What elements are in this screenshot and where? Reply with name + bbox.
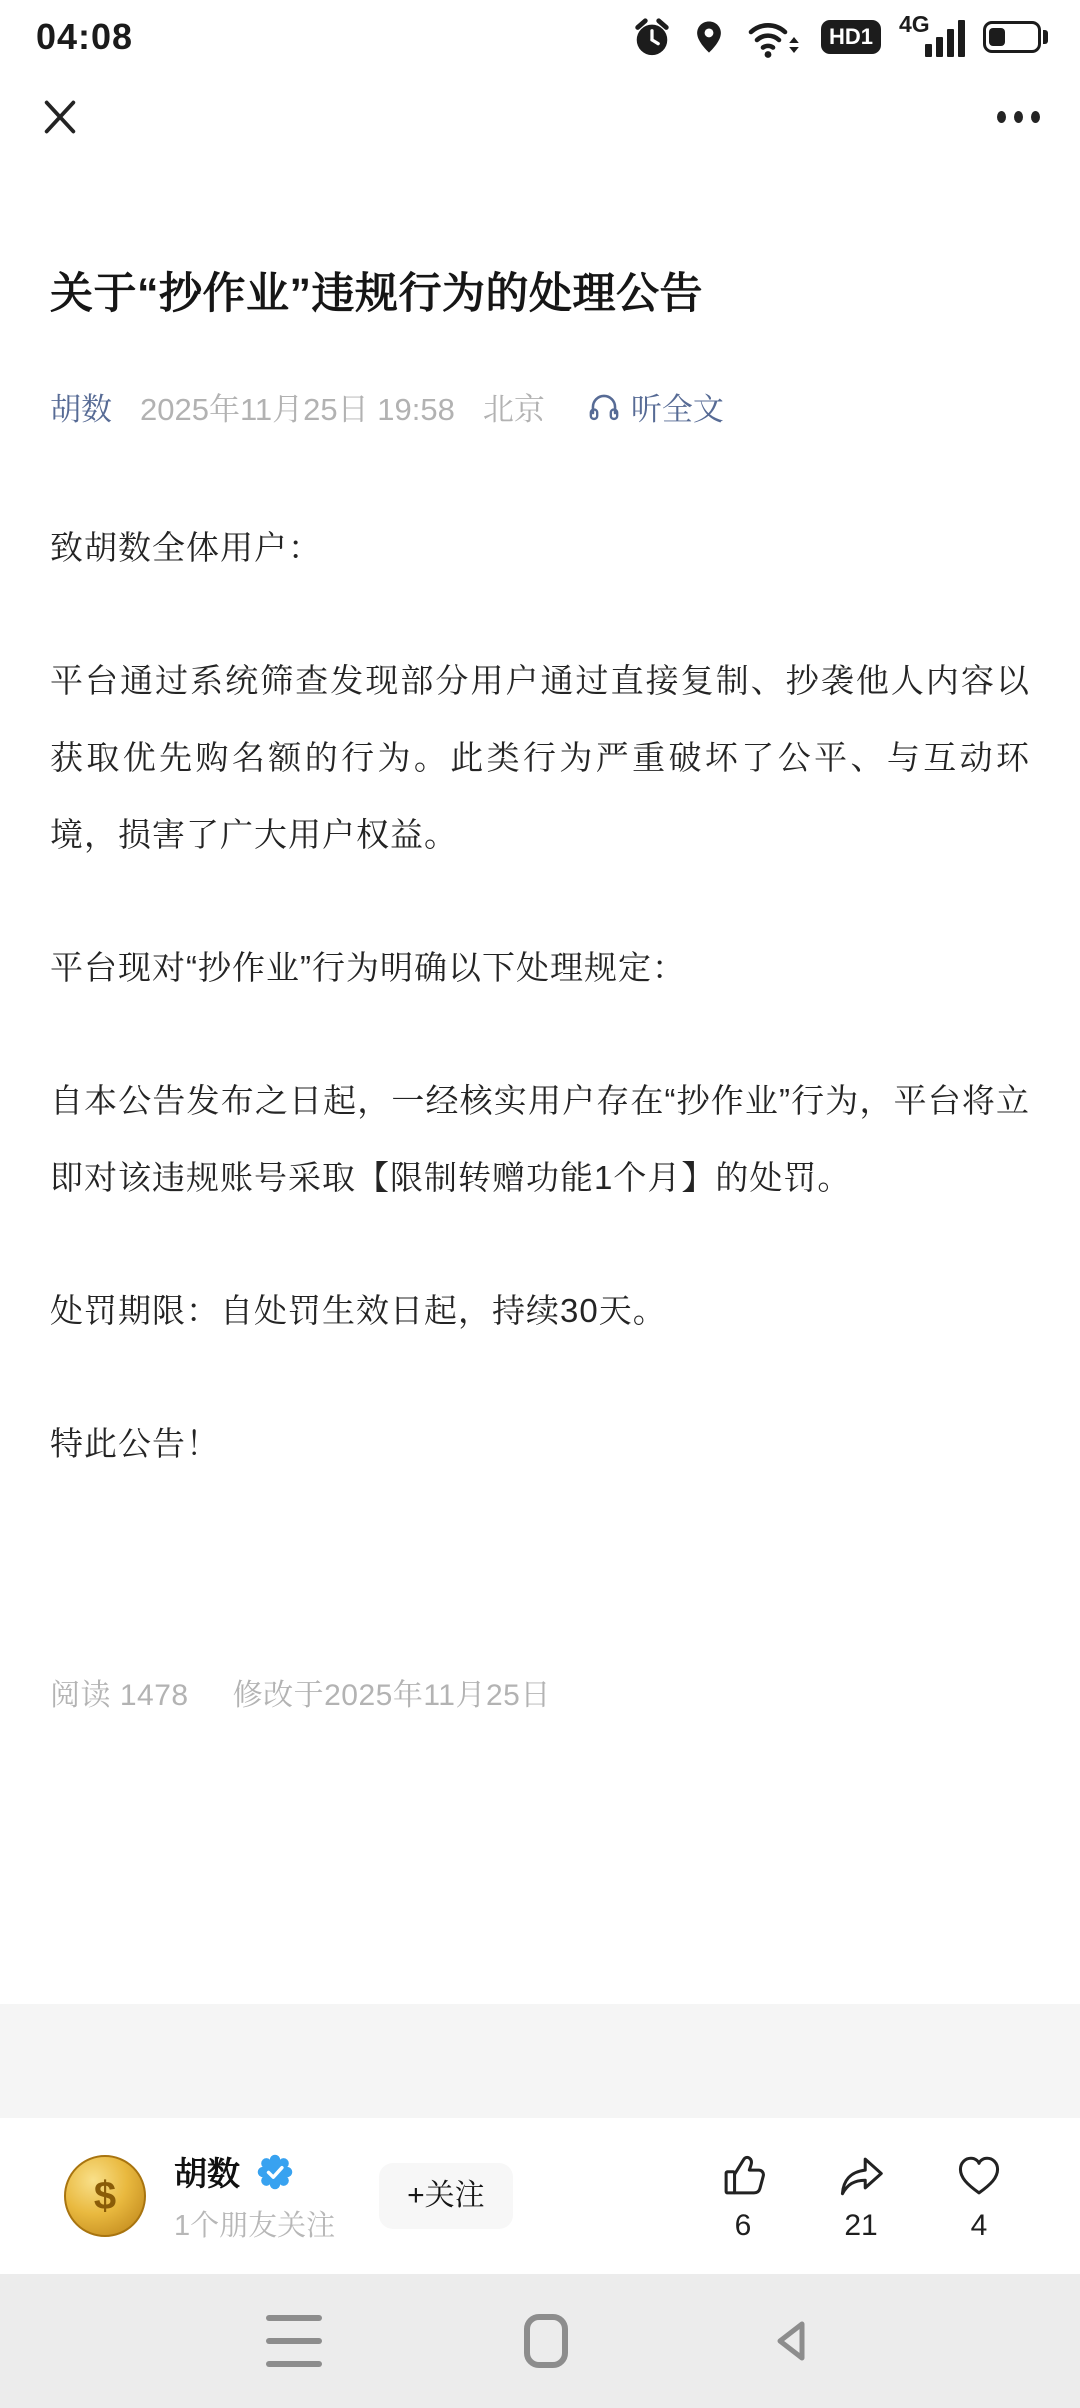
heart-button[interactable]: 4 <box>948 2149 1010 2243</box>
status-icons: HD1 4G <box>631 15 1048 59</box>
article: 关于“抄作业”违规行为的处理公告 胡数 2025年11月25日 19:58 北京… <box>0 266 1080 1714</box>
paragraph: 平台通过系统筛查发现部分用户通过直接复制、抄袭他人内容以获取优先购名额的行为。此… <box>50 642 1030 873</box>
account-info: 胡数 1个 <box>174 2148 335 2244</box>
like-count: 6 <box>735 2209 752 2243</box>
publish-location: 北京 <box>483 384 545 429</box>
paragraph: 自本公告发布之日起，一经核实用户存在“抄作业”行为，平台将立即对该违规账号采取【… <box>50 1062 1030 1216</box>
author-avatar[interactable]: $ <box>64 2155 146 2237</box>
content-end-band <box>0 2004 1080 2118</box>
follow-button[interactable]: +关注 <box>379 2163 513 2229</box>
clock-time: 04:08 <box>36 16 133 58</box>
article-meta: 胡数 2025年11月25日 19:58 北京 听全文 <box>50 384 1030 429</box>
avatar-coin-glyph: $ <box>94 2174 116 2219</box>
account-name[interactable]: 胡数 <box>174 2148 240 2195</box>
location-icon <box>691 15 727 59</box>
heart-count: 4 <box>971 2209 988 2243</box>
heart-icon <box>952 2149 1006 2203</box>
alarm-icon <box>631 15 673 59</box>
signal-bars-glyph <box>925 20 965 57</box>
engagement-stats: 6 21 4 <box>712 2149 1010 2243</box>
menu-icon[interactable] <box>266 2315 322 2367</box>
battery-icon <box>983 21 1048 53</box>
listen-full-text-button[interactable]: 听全文 <box>587 384 724 429</box>
android-nav-bar <box>0 2274 1080 2408</box>
article-page: 04:08 <box>0 0 1080 2408</box>
paragraph: 处罚期限：自处罚生效日起，持续30天。 <box>50 1272 1030 1349</box>
paragraph: 特此公告！ <box>50 1405 1030 1482</box>
like-button[interactable]: 6 <box>712 2149 774 2243</box>
bottom-stack: $ 胡数 <box>0 2004 1080 2408</box>
paragraph: 平台现对“抄作业”行为明确以下处理规定： <box>50 929 1030 1006</box>
author-link[interactable]: 胡数 <box>50 384 112 429</box>
hd-badge: HD1 <box>821 20 881 54</box>
share-arrow-icon <box>834 2149 888 2203</box>
article-body: 致胡数全体用户： 平台通过系统筛查发现部分用户通过直接复制、抄袭他人内容以获取优… <box>50 509 1030 1482</box>
modified-date: 修改于2025年11月25日 <box>233 1670 551 1714</box>
read-count: 阅读 1478 <box>50 1670 189 1714</box>
share-button[interactable]: 21 <box>830 2149 892 2243</box>
listen-label: 听全文 <box>631 384 724 429</box>
more-icon[interactable] <box>997 111 1040 123</box>
wifi-icon <box>745 15 803 59</box>
article-title: 关于“抄作业”违规行为的处理公告 <box>50 266 1030 322</box>
share-count: 21 <box>844 2209 877 2243</box>
signal-bars: 4G <box>899 15 965 59</box>
verified-badge-icon <box>256 2153 294 2191</box>
back-icon[interactable] <box>770 2318 814 2364</box>
headphones-icon <box>587 390 621 424</box>
account-bar: $ 胡数 <box>0 2118 1080 2274</box>
status-bar: 04:08 <box>0 0 1080 64</box>
paragraph: 致胡数全体用户： <box>50 509 1030 586</box>
thumbs-up-icon <box>716 2149 770 2203</box>
article-footer-meta: 阅读 1478 修改于2025年11月25日 <box>50 1670 1030 1714</box>
top-nav-bar <box>0 64 1080 170</box>
recent-apps-icon[interactable] <box>524 2314 568 2368</box>
close-icon[interactable] <box>40 97 80 137</box>
account-subtitle: 1个朋友关注 <box>174 2203 335 2244</box>
publish-date: 2025年11月25日 19:58 <box>140 384 455 429</box>
